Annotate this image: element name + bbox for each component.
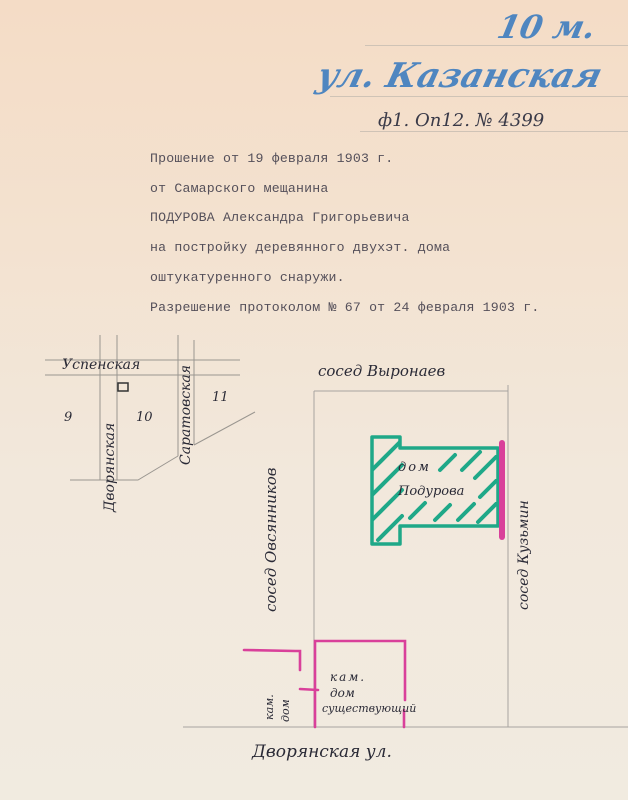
street-label-saratovskaya: Саратовская — [178, 365, 194, 465]
main-house-label-line: дом — [398, 460, 431, 475]
east-neighbor-label: сосед Кузьмин — [516, 500, 532, 610]
north-neighbor-label: сосед Выронаев — [318, 362, 445, 380]
block-number-9: 9 — [64, 410, 72, 425]
plan-drawing — [0, 0, 628, 800]
street-label-dvoryanskaya: Дворянская — [102, 423, 118, 512]
side-house-label-line: дом — [279, 699, 292, 722]
main-house-label-line: Подурова — [398, 484, 464, 499]
block-number-11: 11 — [212, 390, 229, 405]
south-street-label: Дворянская ул. — [252, 742, 392, 762]
existing-house-label-line: кам. — [330, 670, 366, 684]
block-number-10: 10 — [136, 410, 153, 425]
street-label-uspenskaya: Успенская — [62, 357, 140, 373]
side-house-label-line: кам. — [263, 694, 276, 720]
existing-house-label-line: существующий — [322, 702, 416, 715]
plot-marker — [118, 383, 128, 391]
existing-house-label-line: дом — [330, 686, 355, 700]
west-neighbor-label: сосед Овсянников — [262, 468, 280, 613]
